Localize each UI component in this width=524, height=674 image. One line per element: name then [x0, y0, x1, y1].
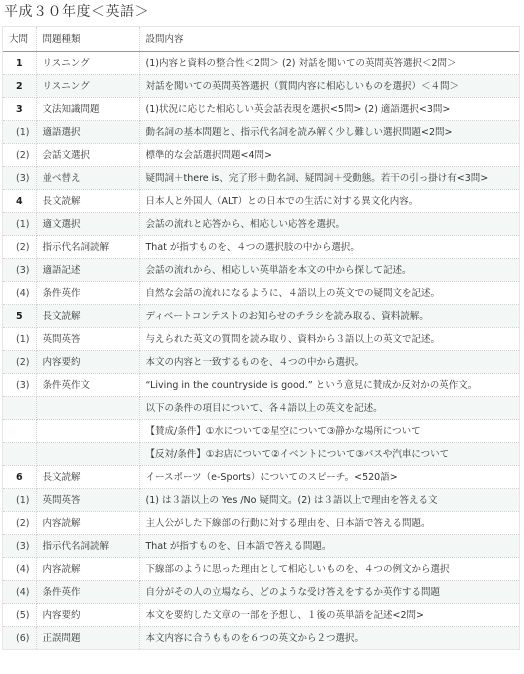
sub-question-number: (2) — [3, 144, 36, 167]
table-row: (3)条件英作文“Living in the countryside is go… — [3, 374, 519, 397]
table-header-row: 大問 問題種類 設問内容 — [3, 27, 519, 52]
question-content-cell: “Living in the countryside is good.” という… — [139, 374, 519, 397]
question-type-cell — [36, 443, 139, 466]
question-type-cell: 内容読解 — [36, 558, 139, 581]
question-type-cell: 文法知識問題 — [36, 98, 139, 121]
major-question-number: 4 — [3, 190, 36, 213]
question-content-cell: 動名詞の基本問題と、指示代名詞を読み解く少し難しい選択問題<2問> — [139, 121, 519, 144]
question-content-cell: 与えられた英文の質問を読み取り、資料から３語以上の英文で記述。 — [139, 328, 519, 351]
question-type-cell: 長文読解 — [36, 466, 139, 489]
sub-question-number: (5) — [3, 604, 36, 627]
sub-question-number — [3, 397, 36, 420]
sub-question-number: (4) — [3, 581, 36, 604]
major-question-number: 6 — [3, 466, 36, 489]
table-row: 6長文読解イースポーツ（e-Sports）についてのスピーチ。<520語> — [3, 466, 519, 489]
table-row: 5長文読解ディベートコンテストのお知らせのチラシを読み取る、資料読解。 — [3, 305, 519, 328]
table-row: (4)条件英作自分がその人の立場なら、どのような受け答えをするか英作する問題 — [3, 581, 519, 604]
question-type-cell: 条件英作文 — [36, 374, 139, 397]
table-row: 3文法知識問題(1)状況に応じた相応しい英会話表現を選択<5問> (2) 適語選… — [3, 98, 519, 121]
question-content-cell: 疑問詞＋there is、完了形＋動名詞、疑問詞＋受動態。若干の引っ掛け有<3問… — [139, 167, 519, 190]
question-type-cell: 長文読解 — [36, 305, 139, 328]
question-content-cell: (1)内容と資料の整合性＜2問＞ (2) 対話を聞いての英問英答選択＜2問＞ — [139, 52, 519, 75]
sub-question-number: (1) — [3, 121, 36, 144]
question-content-cell: 【賛成/条件】①水について②星空について③静かな場所について — [139, 420, 519, 443]
question-type-cell: 英問英答 — [36, 489, 139, 512]
question-type-cell: 並べ替え — [36, 167, 139, 190]
sub-question-number: (1) — [3, 328, 36, 351]
question-type-cell: 会話文選択 — [36, 144, 139, 167]
major-question-number: 2 — [3, 75, 36, 98]
table-row: 2リスニング対話を聞いての英問英答選択（質問内容に相応しいものを選択）＜４問＞ — [3, 75, 519, 98]
question-type-cell: リスニング — [36, 52, 139, 75]
question-type-cell — [36, 420, 139, 443]
sub-question-number: (3) — [3, 535, 36, 558]
question-content-cell: ディベートコンテストのお知らせのチラシを読み取る、資料読解。 — [139, 305, 519, 328]
table-row: 以下の条件の項目について、各４語以上の英文を記述。 — [3, 397, 519, 420]
question-type-cell: 内容要約 — [36, 351, 139, 374]
header-question-content: 設問内容 — [139, 27, 519, 52]
question-type-cell: 指示代名詞読解 — [36, 535, 139, 558]
table-row: (2)内容要約本文の内容と一致するものを、４つの中から選択。 — [3, 351, 519, 374]
table-row: (3)指示代名詞読解That が指すものを、日本語で答える問題。 — [3, 535, 519, 558]
question-type-cell: 指示代名詞読解 — [36, 236, 139, 259]
question-content-cell: 日本人と外国人（ALT）との日本での生活に対する異文化内容。 — [139, 190, 519, 213]
page-title: 平成３０年度＜英語＞ — [4, 3, 149, 21]
sub-question-number — [3, 443, 36, 466]
question-content-cell: 会話の流れから、相応しい英単語を本文の中から探して記述。 — [139, 259, 519, 282]
question-content-cell: 主人公がした下線部の行動に対する理由を、日本語で答える問題。 — [139, 512, 519, 535]
question-content-cell: 下線部のように思った理由として相応しいものを、４つの例文から選択 — [139, 558, 519, 581]
sub-question-number: (3) — [3, 259, 36, 282]
table-row: 【反対/条件】①お店について②イベントについて③バスや汽車について — [3, 443, 519, 466]
table-row: (1)英問英答与えられた英文の質問を読み取り、資料から３語以上の英文で記述。 — [3, 328, 519, 351]
question-type-cell: 英問英答 — [36, 328, 139, 351]
sub-question-number: (3) — [3, 374, 36, 397]
question-type-cell: 適語選択 — [36, 121, 139, 144]
table-row: 1リスニング(1)内容と資料の整合性＜2問＞ (2) 対話を聞いての英問英答選択… — [3, 52, 519, 75]
major-question-number: 1 — [3, 52, 36, 75]
table-row: (2)指示代名詞読解That が指すものを、４つの選択肢の中から選択。 — [3, 236, 519, 259]
sub-question-number: (1) — [3, 213, 36, 236]
sub-question-number: (2) — [3, 236, 36, 259]
sub-question-number: (6) — [3, 627, 36, 650]
question-type-cell: 正誤問題 — [36, 627, 139, 650]
question-content-cell: 本文を要約した文章の一部を予想し、１後の英単語を記述<2問> — [139, 604, 519, 627]
question-content-cell: 以下の条件の項目について、各４語以上の英文を記述。 — [139, 397, 519, 420]
sub-question-number: (4) — [3, 558, 36, 581]
question-content-cell: 自然な会話の流れになるように、４語以上の英文での疑問文を記述。 — [139, 282, 519, 305]
question-type-cell: 条件英作 — [36, 282, 139, 305]
exam-structure-table: 大問 問題種類 設問内容 1リスニング(1)内容と資料の整合性＜2問＞ (2) … — [2, 26, 520, 650]
question-content-cell: 本文内容に合うもものを６つの英文から２つ選択。 — [139, 627, 519, 650]
major-question-number: 3 — [3, 98, 36, 121]
question-content-cell: (1)状況に応じた相応しい英会話表現を選択<5問> (2) 適語選択<3問> — [139, 98, 519, 121]
table-row: (2)会話文選択標準的な会話選択問題<4問> — [3, 144, 519, 167]
question-content-cell: 【反対/条件】①お店について②イベントについて③バスや汽車について — [139, 443, 519, 466]
header-question-type: 問題種類 — [36, 27, 139, 52]
sub-question-number: (2) — [3, 512, 36, 535]
question-content-cell: 本文の内容と一致するものを、４つの中から選択。 — [139, 351, 519, 374]
sub-question-number: (4) — [3, 282, 36, 305]
question-content-cell: 会話の流れと応答から、相応しい応答を選択。 — [139, 213, 519, 236]
question-type-cell: 内容読解 — [36, 512, 139, 535]
question-content-cell: 自分がその人の立場なら、どのような受け答えをするか英作する問題 — [139, 581, 519, 604]
table-row: (4)条件英作自然な会話の流れになるように、４語以上の英文での疑問文を記述。 — [3, 282, 519, 305]
question-type-cell: 長文読解 — [36, 190, 139, 213]
table-row: (1)適語選択動名詞の基本問題と、指示代名詞を読み解く少し難しい選択問題<2問> — [3, 121, 519, 144]
question-content-cell: That が指すものを、４つの選択肢の中から選択。 — [139, 236, 519, 259]
sub-question-number: (2) — [3, 351, 36, 374]
table-row: 【賛成/条件】①水について②星空について③静かな場所について — [3, 420, 519, 443]
table-row: (6)正誤問題本文内容に合うもものを６つの英文から２つ選択。 — [3, 627, 519, 650]
question-type-cell: 適文選択 — [36, 213, 139, 236]
question-content-cell: That が指すものを、日本語で答える問題。 — [139, 535, 519, 558]
question-type-cell: 条件英作 — [36, 581, 139, 604]
sub-question-number: (1) — [3, 489, 36, 512]
question-type-cell: リスニング — [36, 75, 139, 98]
table-row: 4長文読解日本人と外国人（ALT）との日本での生活に対する異文化内容。 — [3, 190, 519, 213]
table-row: (2)内容読解主人公がした下線部の行動に対する理由を、日本語で答える問題。 — [3, 512, 519, 535]
table-row: (1)適文選択会話の流れと応答から、相応しい応答を選択。 — [3, 213, 519, 236]
sub-question-number — [3, 420, 36, 443]
question-type-cell: 内容要約 — [36, 604, 139, 627]
table-row: (3)適語記述会話の流れから、相応しい英単語を本文の中から探して記述。 — [3, 259, 519, 282]
major-question-number: 5 — [3, 305, 36, 328]
table-row: (4)内容読解下線部のように思った理由として相応しいものを、４つの例文から選択 — [3, 558, 519, 581]
table-row: (1)英問英答(1) は３語以上の Yes /No 疑問文。(2) は３語以上で… — [3, 489, 519, 512]
table-row: (5)内容要約本文を要約した文章の一部を予想し、１後の英単語を記述<2問> — [3, 604, 519, 627]
question-type-cell — [36, 397, 139, 420]
question-type-cell: 適語記述 — [36, 259, 139, 282]
question-content-cell: イースポーツ（e-Sports）についてのスピーチ。<520語> — [139, 466, 519, 489]
question-content-cell: 対話を聞いての英問英答選択（質問内容に相応しいものを選択）＜４問＞ — [139, 75, 519, 98]
header-major-question: 大問 — [3, 27, 36, 52]
question-content-cell: 標準的な会話選択問題<4問> — [139, 144, 519, 167]
sub-question-number: (3) — [3, 167, 36, 190]
question-content-cell: (1) は３語以上の Yes /No 疑問文。(2) は３語以上で理由を答える文 — [139, 489, 519, 512]
table-row: (3)並べ替え疑問詞＋there is、完了形＋動名詞、疑問詞＋受動態。若干の引… — [3, 167, 519, 190]
